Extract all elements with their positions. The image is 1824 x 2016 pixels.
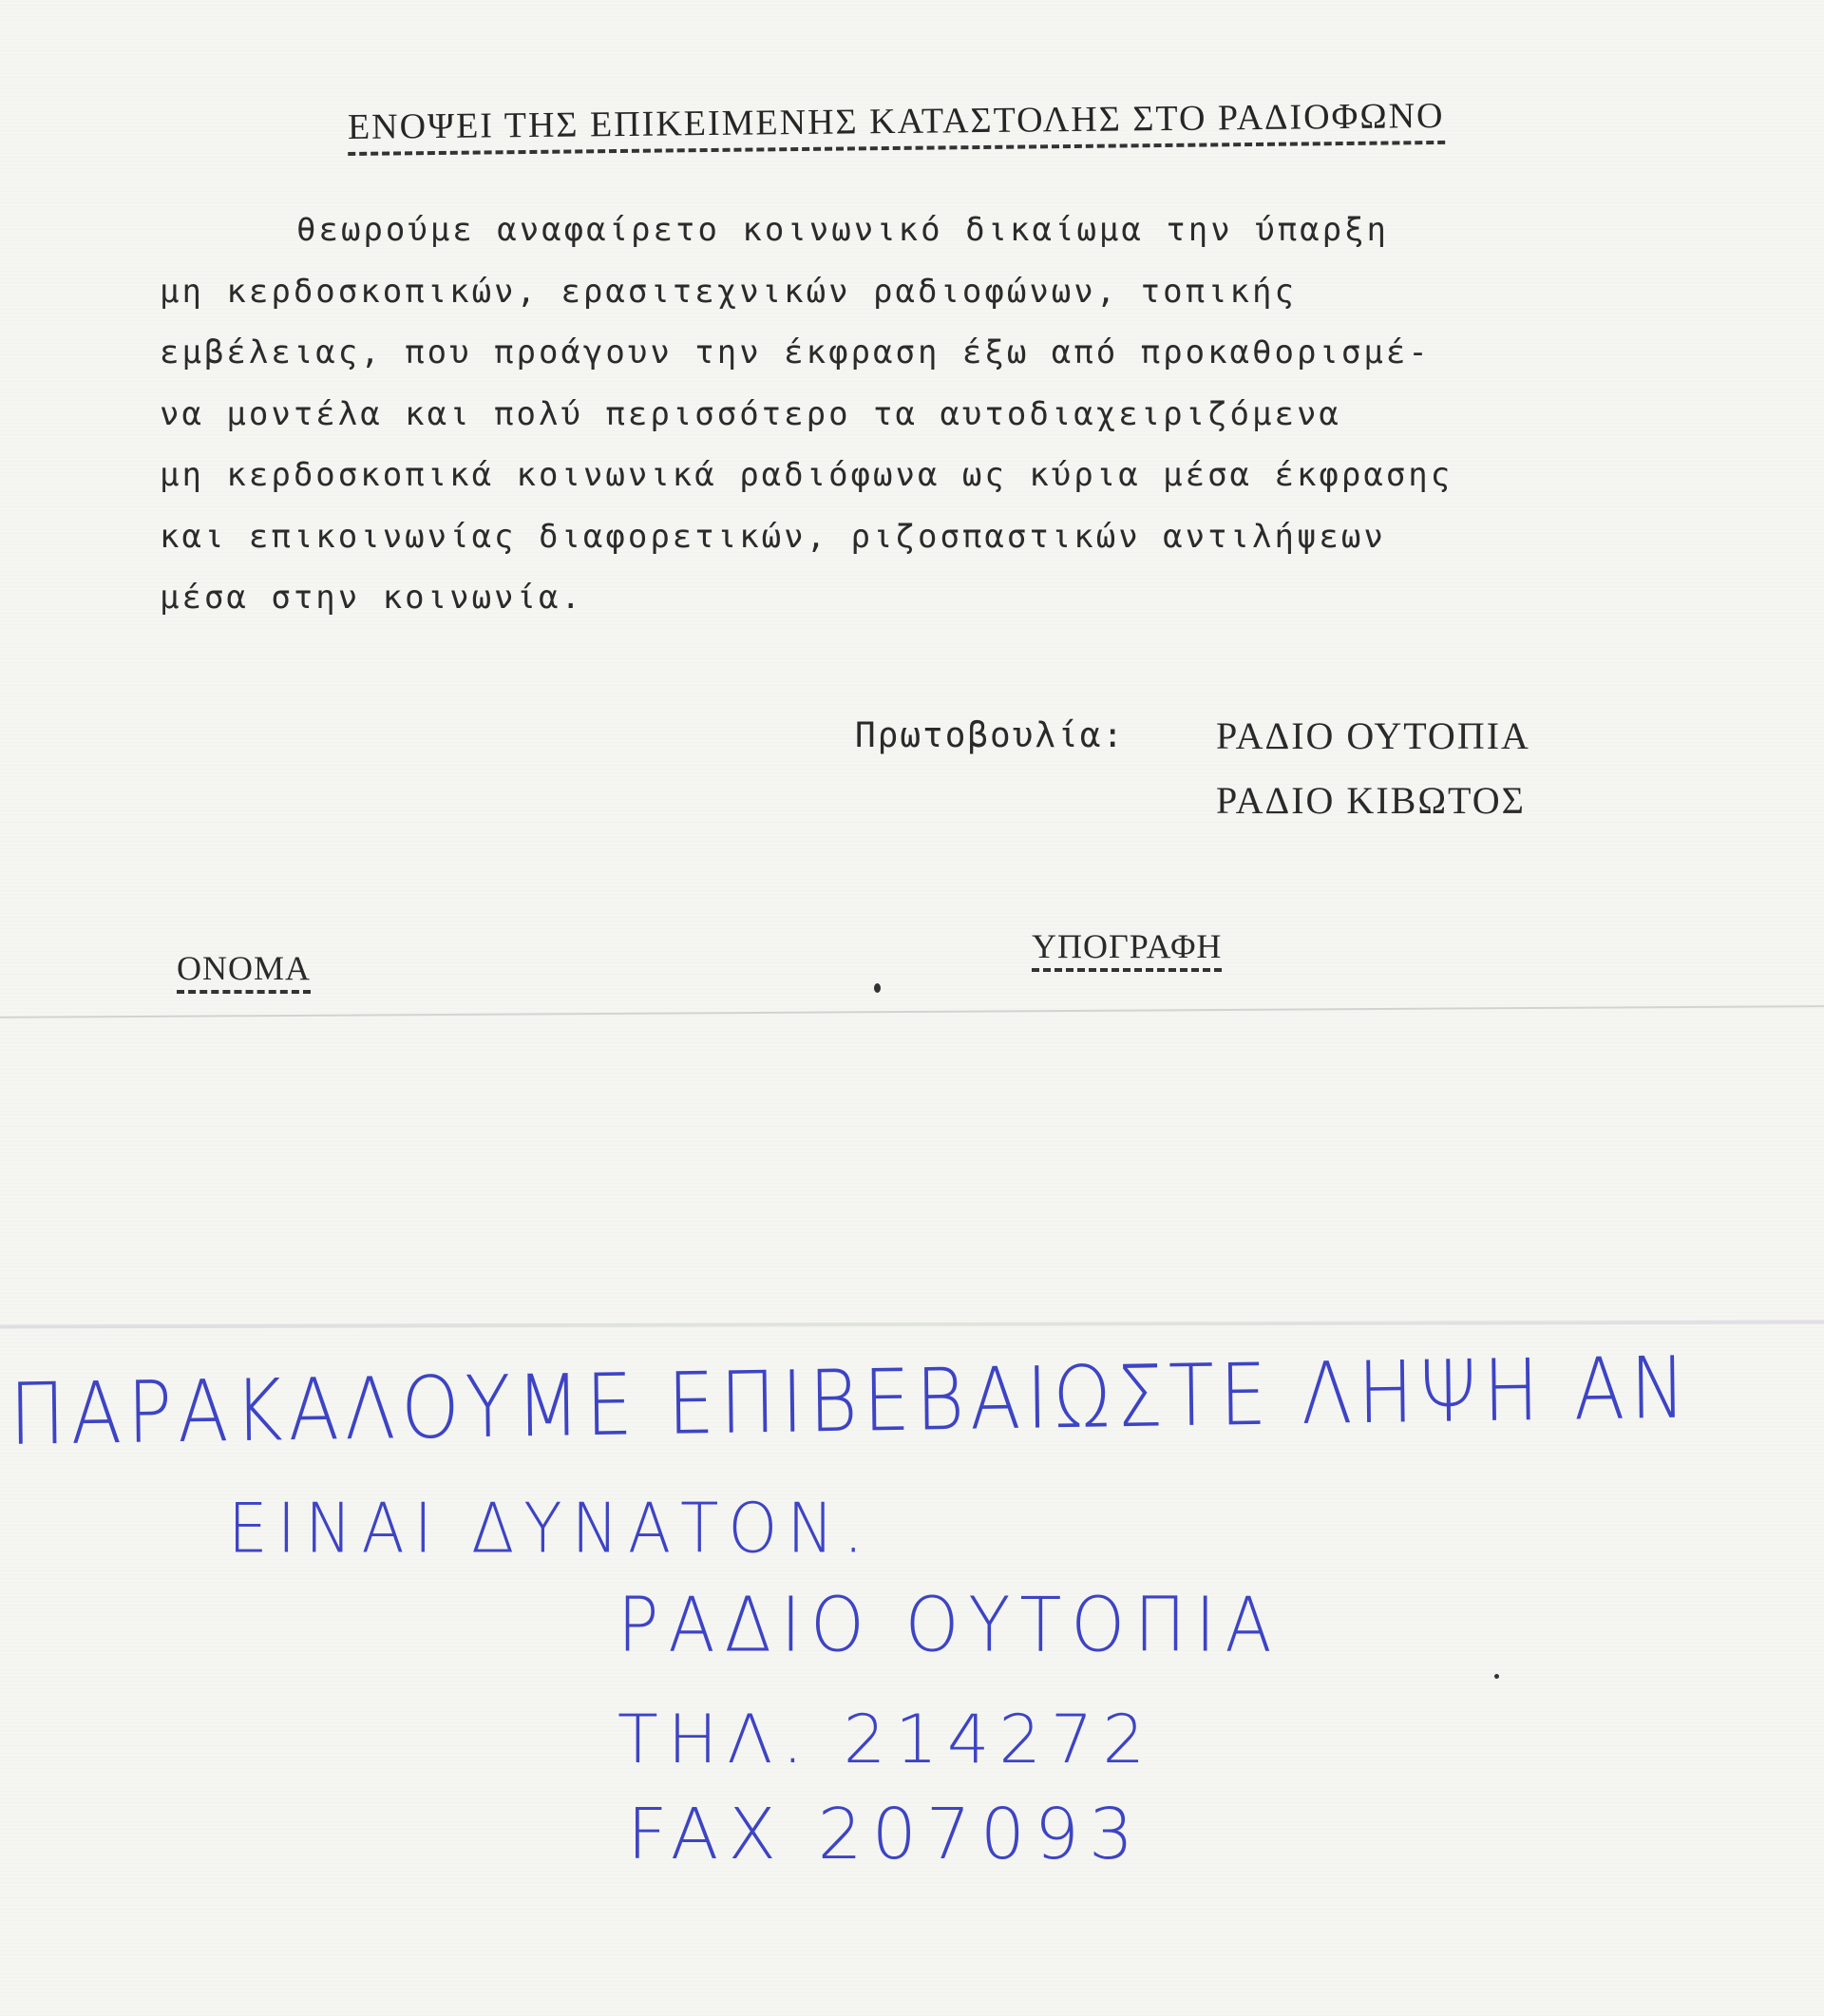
handwritten-phone: ΤΗΛ. 214272 bbox=[617, 1701, 1154, 1778]
handwritten-sender: ΡΑΔΙΟ ΟΥΤΟΠΙΑ bbox=[617, 1581, 1282, 1668]
ink-speck bbox=[1494, 1674, 1499, 1679]
name-field-label: ΟΝΟΜΑ bbox=[177, 948, 311, 994]
handwritten-note-line: ΕΙΝΑΙ ΔΥΝΑΤΟΝ. bbox=[228, 1488, 873, 1569]
body-line: μέσα στην κοινωνία. bbox=[160, 567, 1794, 629]
body-line: και επικοινωνίας διαφορετικών, ριζοσπαστ… bbox=[160, 506, 1794, 568]
ink-speck bbox=[874, 983, 881, 993]
body-line: εμβέλειας, που προάγουν την έκφραση έξω … bbox=[160, 322, 1794, 384]
body-line: να μοντέλα και πολύ περισσότερο τα αυτοδ… bbox=[160, 384, 1794, 446]
initiative-org: ΡΑΔΙΟ ΟΥΤΟΠΙΑ bbox=[1216, 713, 1530, 758]
initiative-block: Πρωτοβουλία: ΡΑΔΙΟ ΟΥΤΟΠΙΑ ΡΑΔΙΟ ΚΙΒΩΤΟΣ bbox=[855, 703, 1530, 832]
handwritten-fax: FAX 207093 bbox=[627, 1794, 1143, 1875]
body-line: θεωρούμε αναφαίρετο κοινωνικό δικαίωμα τ… bbox=[160, 200, 1794, 261]
signature-field-label: ΥΠΟΓΡΑΦΗ bbox=[1032, 926, 1222, 972]
initiative-label: Πρωτοβουλία: bbox=[855, 716, 1216, 755]
body-line: μη κερδοσκοπικών, ερασιτεχνικών ραδιοφών… bbox=[160, 261, 1794, 323]
initiative-org: ΡΑΔΙΟ ΚΙΒΩΤΟΣ bbox=[1216, 778, 1526, 823]
statement-body: θεωρούμε αναφαίρετο κοινωνικό δικαίωμα τ… bbox=[160, 200, 1794, 629]
body-line: μη κερδοσκοπικά κοινωνικά ραδιόφωνα ως κ… bbox=[160, 445, 1794, 506]
